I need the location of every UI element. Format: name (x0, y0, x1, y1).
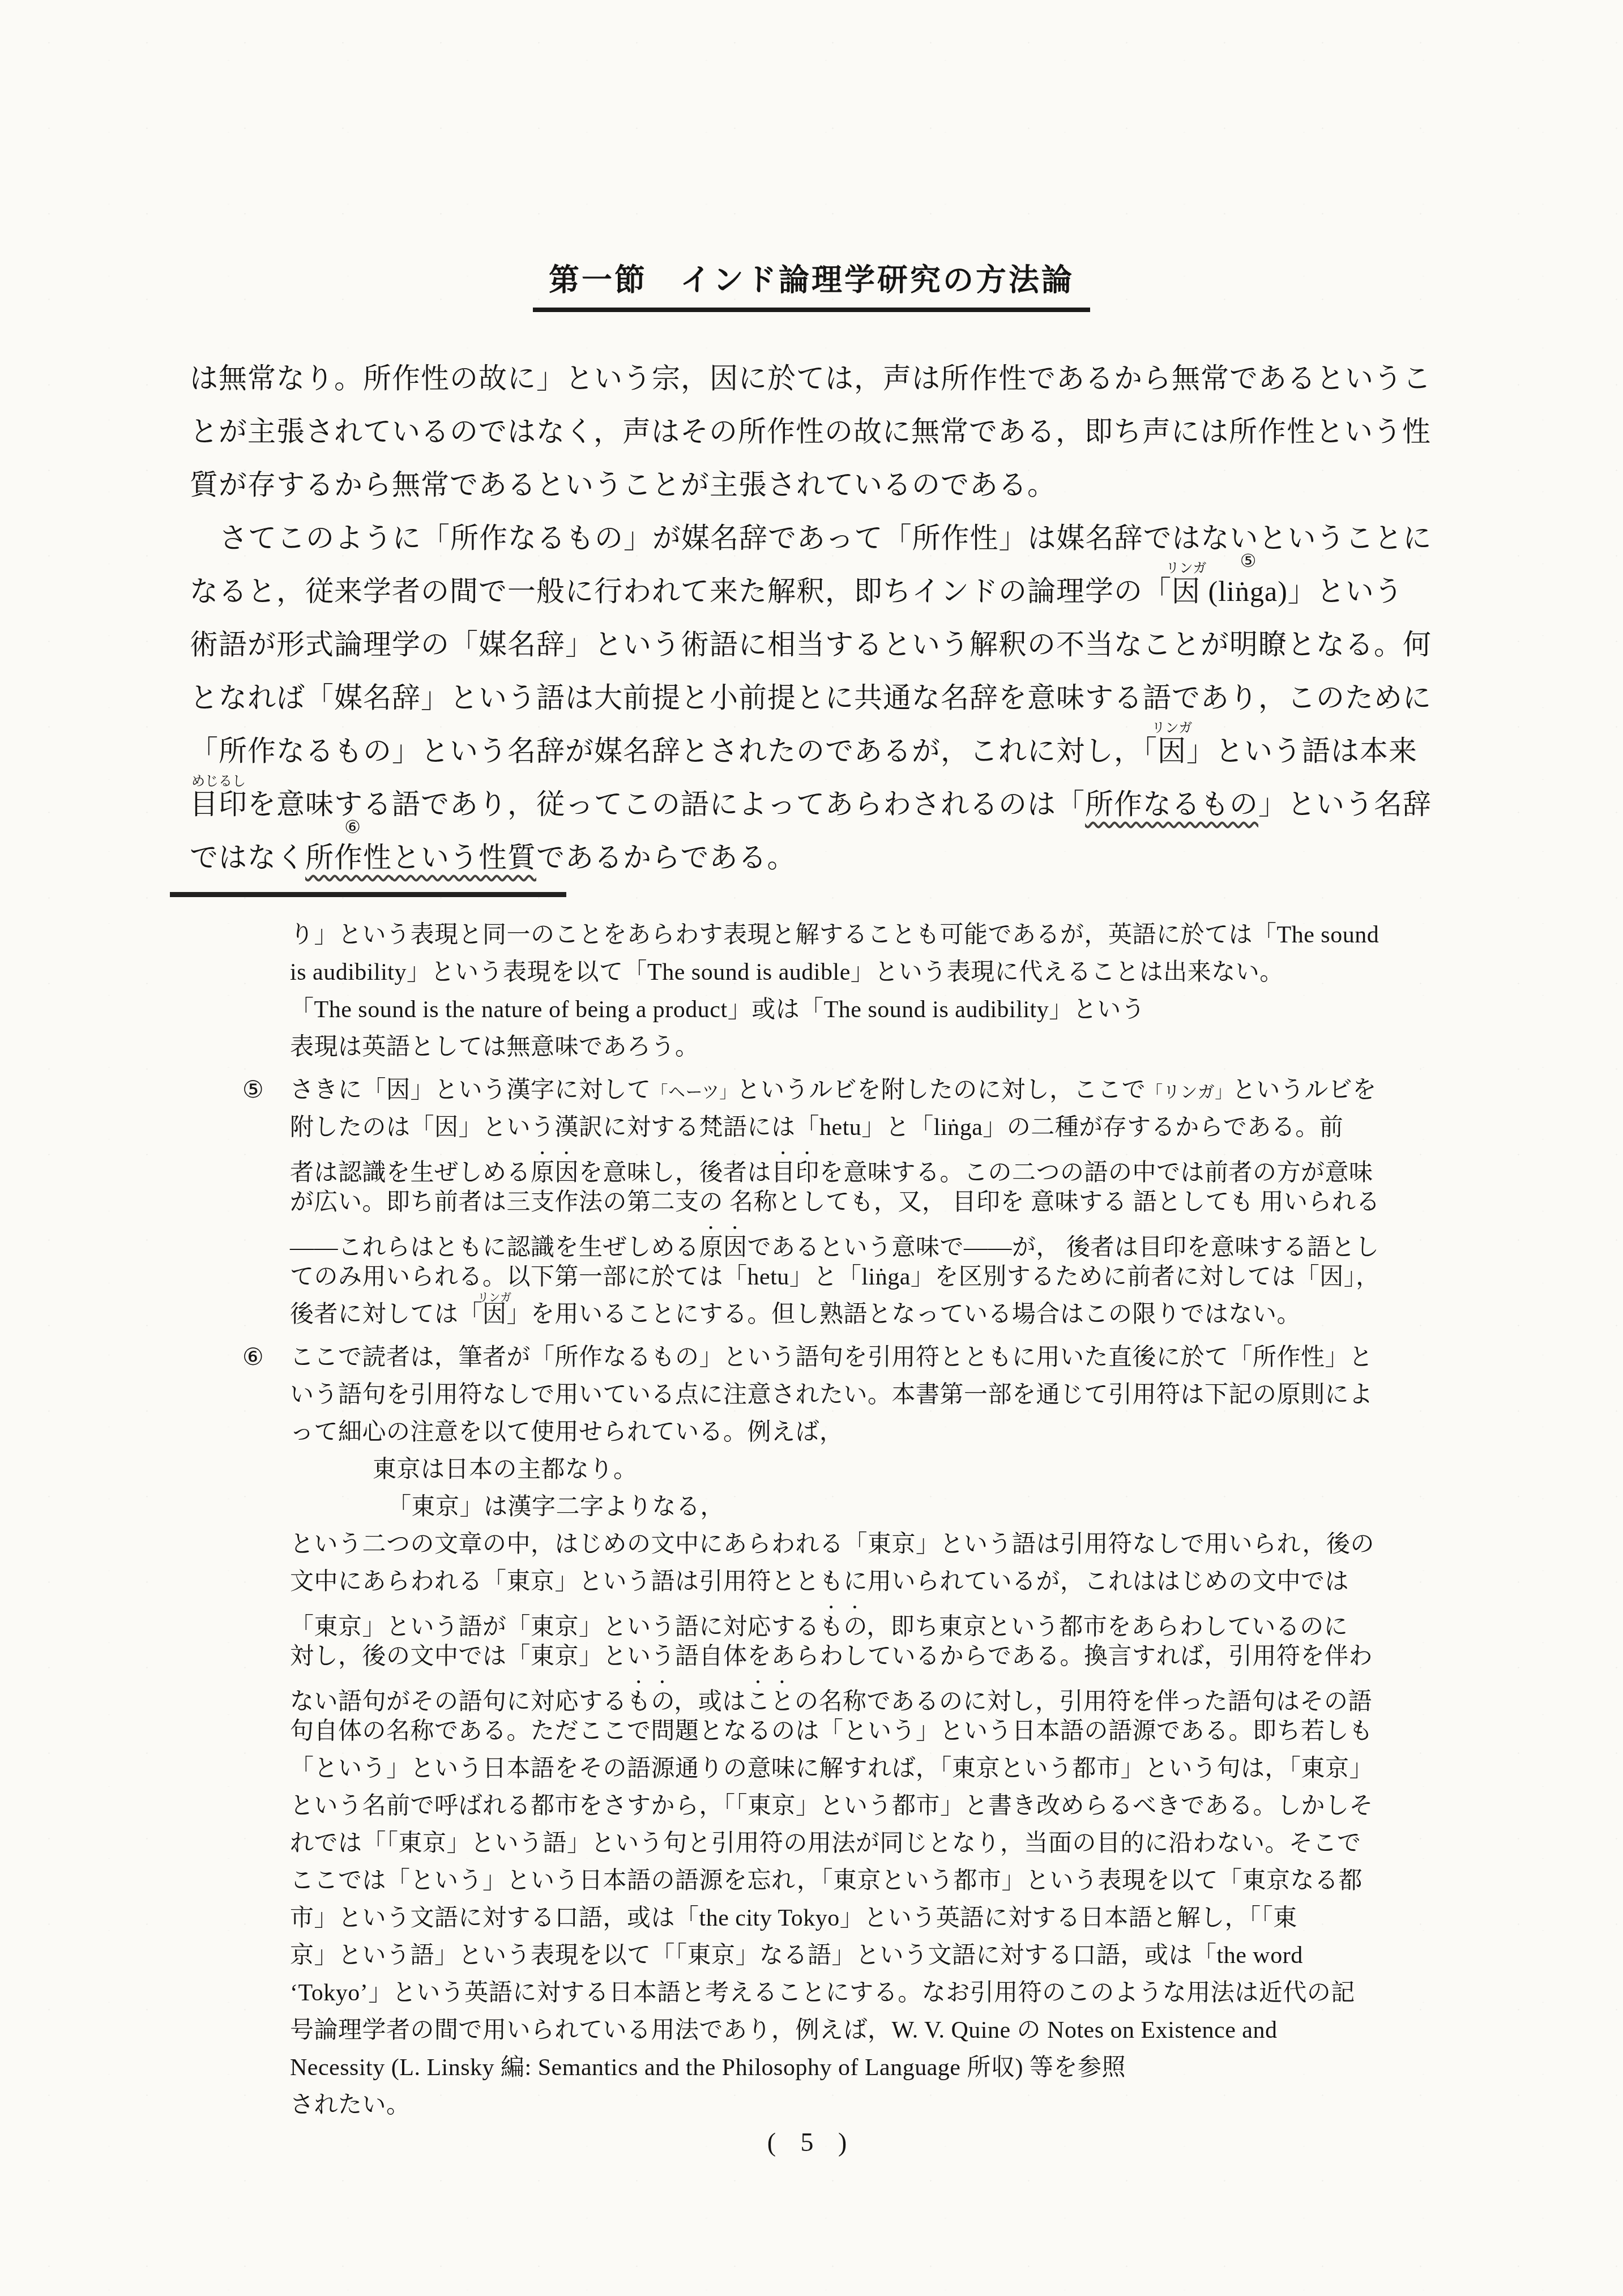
footnote-line: ここで読者は，筆者が「所作なるもの」という語句を引用符とともに用いた直後に於て「… (290, 1339, 1496, 1376)
footnote-line: Necessity (L. Linsky 編: Semantics and th… (290, 2049, 1496, 2086)
footnote-line: さきに「因」という漢字に対して「ヘーツ」というルビを附したのに対し，ここで「リン… (290, 1072, 1496, 1109)
footnote-line: ‘Tokyo’」という英語に対する日本語と考えることにする。なお引用符のこのよう… (290, 1974, 1496, 2012)
scanned-book-page: 第一節 インド論理学研究の方法論 は無常なり。所作性の故に」という宗，因に於ては… (0, 0, 1623, 2296)
paragraph: は無常なり。所作性の故に」という宗，因に於ては，声は所作性であるから無常であると… (190, 352, 1453, 511)
footnote-line: 「The sound is the nature of being a prod… (290, 991, 1496, 1028)
footnote-continuation: り」という表現と同一のことをあらわす表現と解することも可能であるが，英語に於ては… (290, 916, 1496, 1066)
footnote-marker: ⑥ (242, 1339, 264, 1376)
footnote-line: ——これらはともに認識を生ぜしめる原因であるという意味で——が， 後者は目印を意… (290, 1221, 1496, 1258)
footnote-line: 「東京」という語が「東京」という語に対応するもの，即ち東京という都市をあらわして… (290, 1601, 1496, 1638)
text-run: 因リンガ (1172, 575, 1201, 607)
text-run: 因リンガ (1158, 735, 1186, 767)
main-text-line: となれば「媒名辞」という語は大前提と小前提とに共通な名辞を意味する語であり，この… (190, 671, 1453, 724)
footnote-line: is audibility」という表現を以て「The sound is audi… (290, 954, 1496, 991)
main-text-line: 目印めじるしを意味する語であり，従ってこの語によってあらわされるのは「所作なるも… (190, 778, 1453, 831)
footnote-line: という名前で呼ばれる都市をさすから，「「東京」という都市」と書き改めらるべきであ… (290, 1787, 1496, 1825)
text-run: という性質 (392, 842, 536, 873)
footnotes-block: り」という表現と同一のことをあらわす表現と解することも可能であるが，英語に於ては… (290, 916, 1496, 2124)
text-run: 因リンガ (482, 1301, 507, 1328)
footnote-line: 者は認識を生ぜしめる原因を意味し，後者は目印を意味する。この二つの語の中では前者… (290, 1146, 1496, 1184)
text-run: (liṅga)⑤ (1201, 575, 1288, 607)
footnote-line: 号論理学者の間で用いられている用法であり，例えば，W. V. Quine の N… (290, 2012, 1496, 2049)
footnote-ref-mark: ⑥ (344, 818, 361, 836)
footnote-line: 「東京」は漢字二字よりなる， (290, 1488, 1496, 1526)
text-run: こと (746, 1689, 795, 1715)
footnote-line: 後者に対しては「因リンガ」を用いることにする。但し熟語となっている場合はこの限り… (290, 1296, 1496, 1333)
text-run: 「ヘーツ」 (651, 1083, 737, 1102)
footnote-line: 句自体の名称である。ただここで問題となるのは「という」という日本語の語源である。… (290, 1713, 1496, 1750)
text-run: 原因 (531, 1160, 579, 1186)
section-header: 第一節 インド論理学研究の方法論 (0, 256, 1623, 312)
footnote-line: り」という表現と同一のことをあらわす表現と解することも可能であるが，英語に於ては… (290, 916, 1496, 954)
text-run: 所作なるもの (1085, 788, 1258, 820)
footnote-item: ⑥ここで読者は，筆者が「所作なるもの」という語句を引用符とともに用いた直後に於て… (290, 1339, 1496, 2124)
ruby-annotation: リンガ (477, 1292, 511, 1304)
ruby-annotation: リンガ (1166, 562, 1207, 575)
footnote-line: 東京は日本の主都なり。 (290, 1451, 1496, 1488)
ruby-annotation: めじるし (191, 775, 246, 788)
footnote-line: されたい。 (290, 2086, 1496, 2124)
footnote-line: が広い。即ち前者は三支作法の第二支の 名称としても，又， 目印を 意味する 語と… (290, 1184, 1496, 1221)
footnote-marker: ⑤ (242, 1072, 264, 1109)
footnote-ref-mark: ⑤ (1240, 552, 1257, 570)
footnote-line: 「という」という日本語をその語源通りの意味に解すれば，「東京という都市」という句… (290, 1750, 1496, 1787)
section-title: 第一節 インド論理学研究の方法論 (533, 256, 1090, 312)
main-text-line: 質が存するから無常であるということが主張されているのである。 (190, 458, 1453, 511)
footnote-line: 附したのは「因」という漢訳に対する梵語には「hetu」と「liṅga」の二種が存… (290, 1109, 1496, 1146)
text-run: 原因 (699, 1235, 748, 1261)
footnote-line: って細心の注意を以て使用せられている。例えば， (290, 1414, 1496, 1451)
footnote-line: 文中にあらわれる「東京」という語は引用符とともに用いられているが，これははじめの… (290, 1563, 1496, 1601)
main-text-line: なると，従来学者の間で一般に行われて来た解釈，即ちインドの論理学の「因リンガ (… (190, 565, 1453, 618)
paragraph: さてこのように「所作なるもの」が媒名辞であって「所作性」は媒名辞ではないというこ… (190, 511, 1453, 884)
footnote-line: れでは「「東京」という語」という句と引用符の用法が同じとなり，当面の目的に沿わな… (290, 1825, 1496, 1862)
ruby-annotation: リンガ (1152, 722, 1193, 735)
main-text-line: は無常なり。所作性の故に」という宗，因に於ては，声は所作性であるから無常であると… (190, 352, 1453, 405)
page-number: ( 5 ) (0, 2127, 1623, 2157)
footnote-line: 市」という文語に対する口語，或は「the city Tokyo」という英語に対す… (290, 1900, 1496, 1937)
text-run: 「リンガ」 (1146, 1083, 1232, 1102)
text-run: もの (627, 1689, 674, 1715)
text-run: もの (819, 1614, 866, 1640)
main-text-line: さてこのように「所作なるもの」が媒名辞であって「所作性」は媒名辞ではないというこ… (190, 511, 1453, 565)
footnote-line: ない語句がその語句に対応するもの，或はことの名称であるのに対し，引用符を伴った語… (290, 1675, 1496, 1713)
main-text-line: 「所作なるもの」という名辞が媒名辞とされたのであるが，これに対し，「因リンガ」と… (190, 724, 1453, 778)
footnote-line: 表現は英語としては無意味であろう。 (290, 1028, 1496, 1066)
text-run: 目印めじるし (190, 788, 247, 820)
footnote-line: 対し，後の文中では「東京」という語自体をあらわしているからである。換言すれば，引… (290, 1638, 1496, 1675)
footnote-line: ここでは「という」という日本語の語源を忘れ，「東京という都市」という表現を以て「… (290, 1862, 1496, 1900)
footnote-line: という二つの文章の中，はじめの文中にあらわれる「東京」という語は引用符なしで用い… (290, 1526, 1496, 1563)
main-text: は無常なり。所作性の故に」という宗，因に於ては，声は所作性であるから無常であると… (190, 352, 1453, 884)
footnote-item: ⑤さきに「因」という漢字に対して「ヘーツ」というルビを附したのに対し，ここで「リ… (290, 1072, 1496, 1333)
footnote-separator (170, 892, 566, 897)
main-text-line: とが主張されているのではなく，声はその所作性の故に無常である，即ち声には所作性と… (190, 405, 1453, 458)
main-text-line: 術語が形式論理学の「媒名辞」という術語に相当するという解釈の不当なことが明瞭とな… (190, 618, 1453, 671)
footnote-line: てのみ用いられる。以下第一部に於ては「hetu」と「liṅga」を区別するために… (290, 1258, 1496, 1296)
text-run: 所作性⑥ (305, 842, 392, 873)
text-run: 目印 (771, 1160, 819, 1186)
footnote-line: 京」という語」という表現を以て「「東京」なる語」という文語に対する口語，或は「t… (290, 1937, 1496, 1974)
main-text-line: ではなく所作性⑥という性質であるからである。 (190, 831, 1453, 884)
footnote-line: いう語句を引用符なしで用いている点に注意されたい。本書第一部を通じて引用符は下記… (290, 1376, 1496, 1414)
